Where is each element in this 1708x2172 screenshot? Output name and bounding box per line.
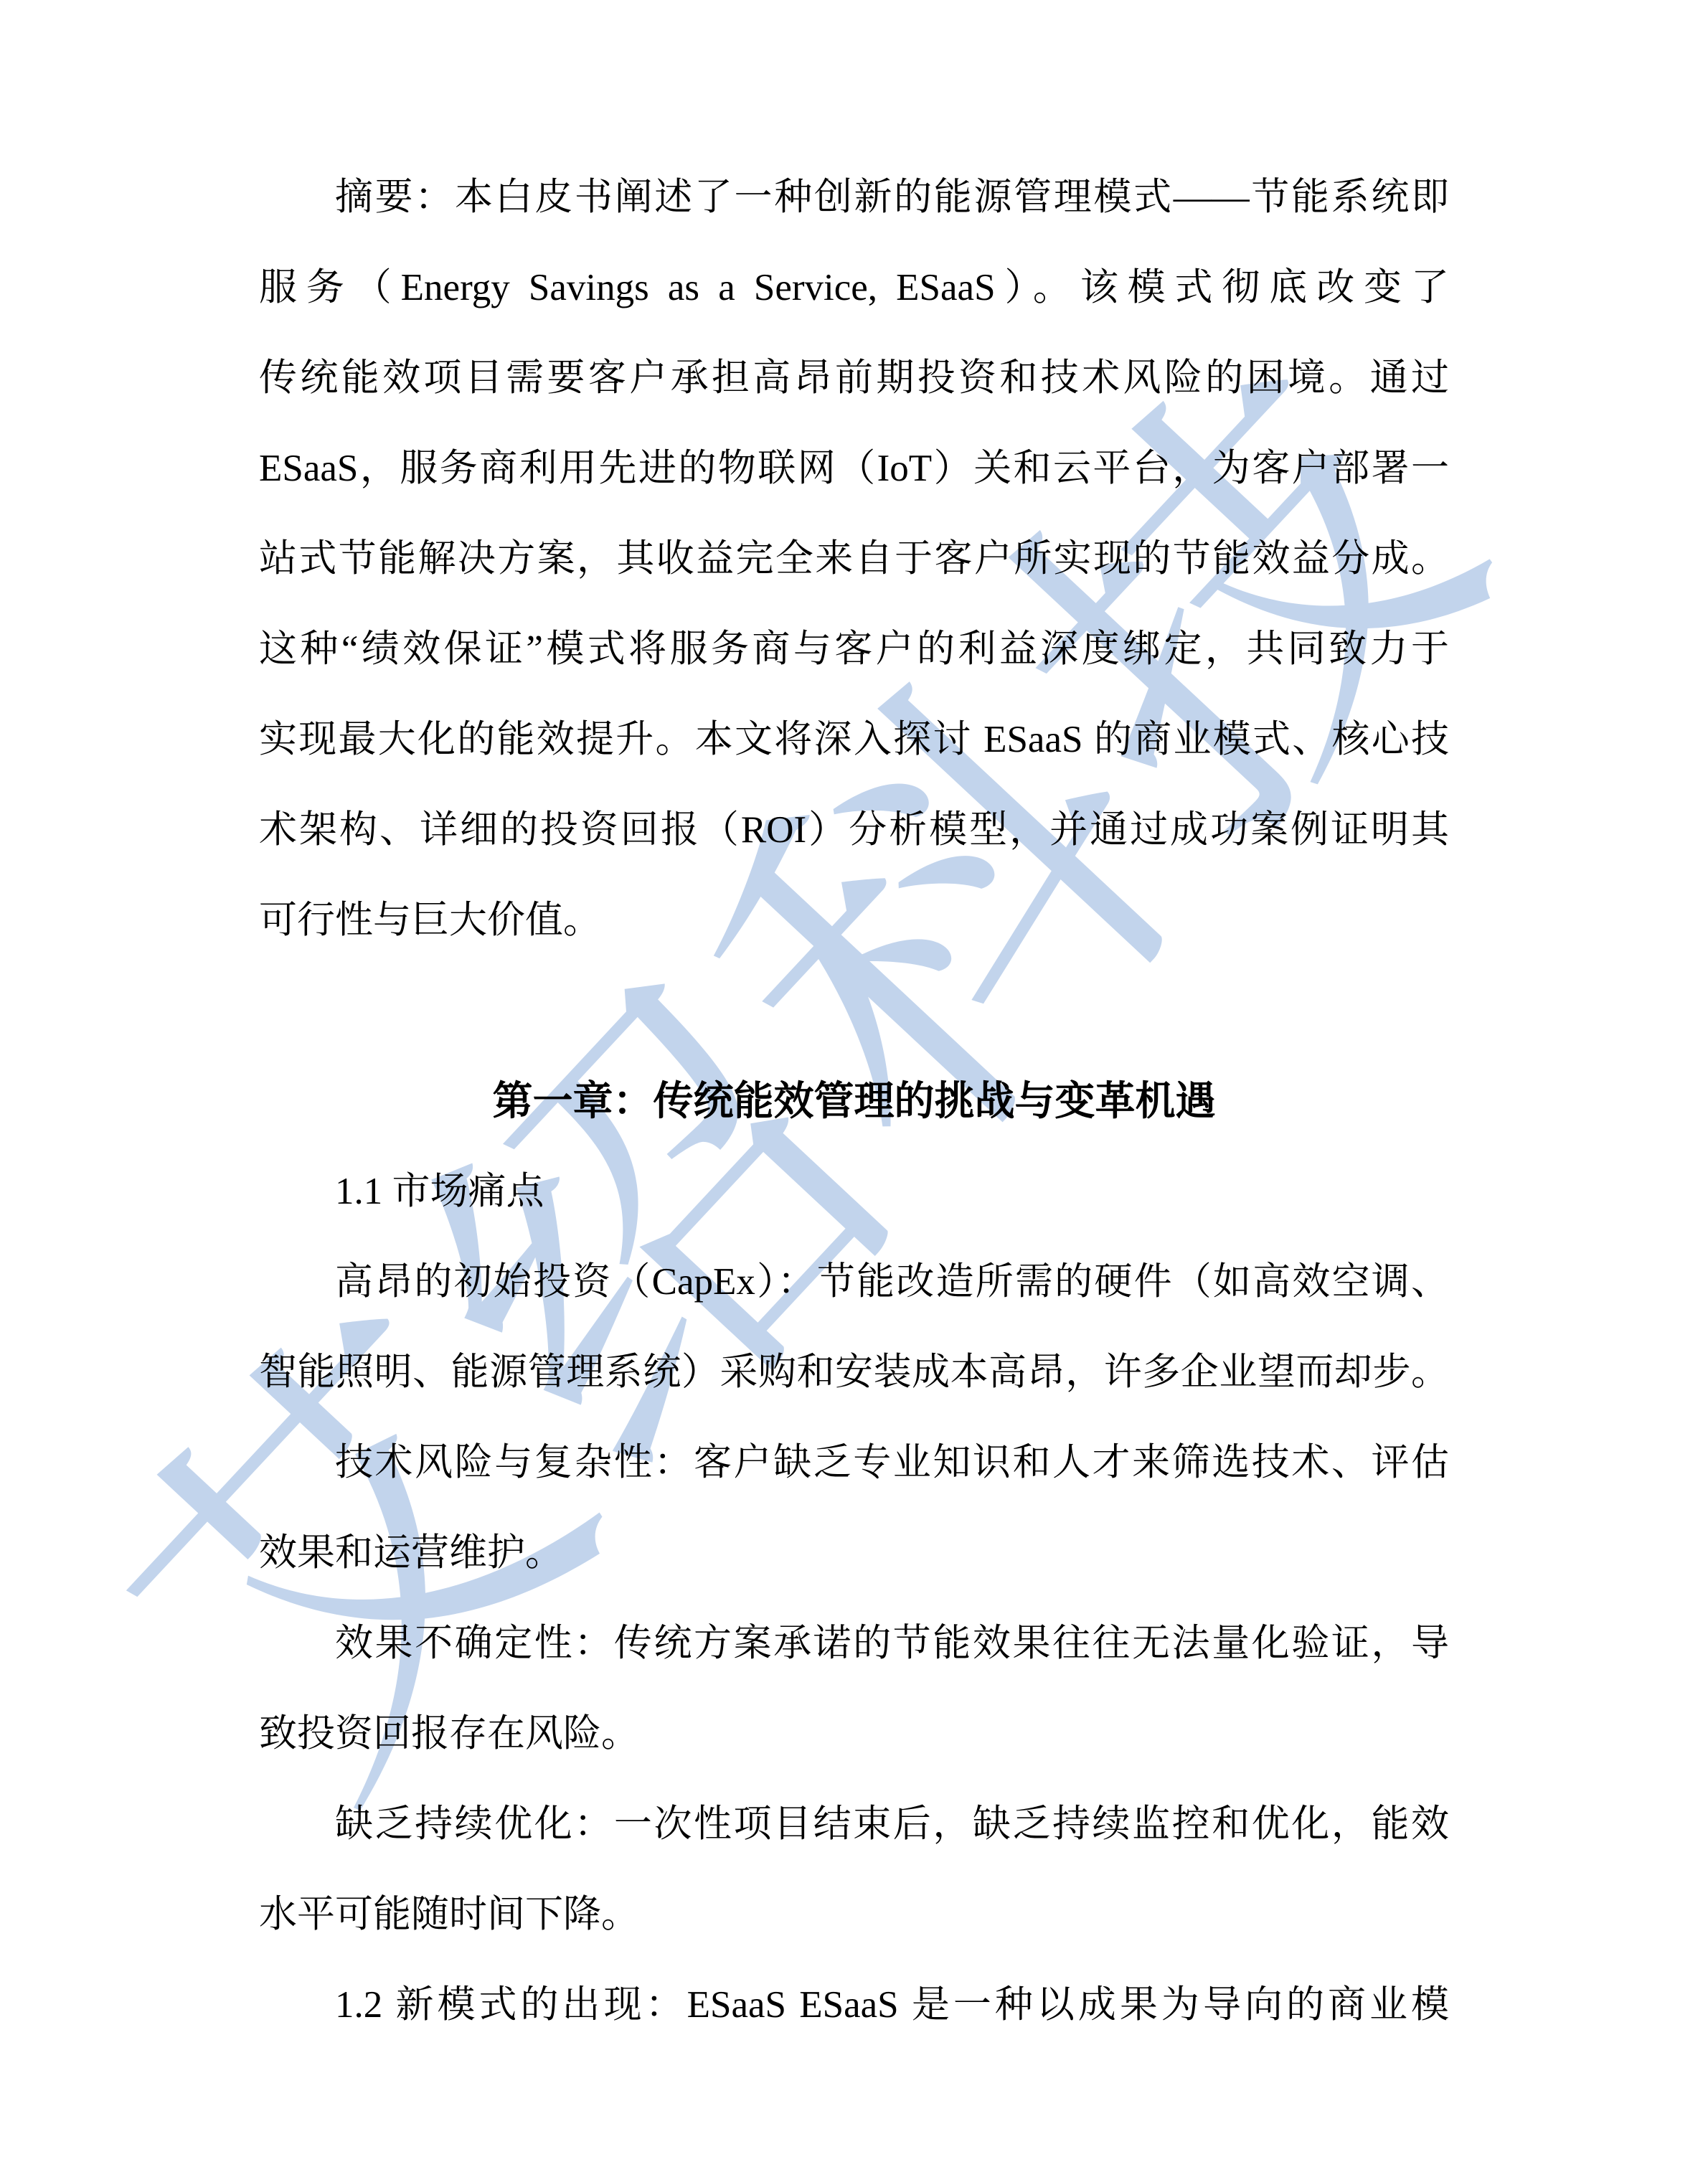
abstract-line-5: 站式节能解决方案，其收益完全来自于客户所实现的节能效益分成。 (259, 514, 1449, 604)
abstract-line-3: 传统能效项目需要客户承担高昂前期投资和技术风险的困境。通过 (259, 333, 1449, 423)
section-1-1-title: 1.1 市场痛点 (259, 1146, 1449, 1237)
abstract-line-2: 服务（Energy Savings as a Service, ESaaS）。该… (259, 242, 1449, 333)
para-uncertainty-line-1: 效果不确定性：传统方案承诺的节能效果往往无法量化验证，导 (259, 1598, 1449, 1689)
para-optimization-line-2: 水平可能随时间下降。 (259, 1869, 1449, 1960)
abstract-line-6: 这种“绩效保证”模式将服务商与客户的利益深度绑定，共同致力于 (259, 604, 1449, 694)
para-tech-risk-line-1: 技术风险与复杂性：客户缺乏专业知识和人才来筛选技术、评估 (259, 1417, 1449, 1508)
abstract-line-4: ESaaS，服务商利用先进的物联网（IoT）关和云平台，为客户部署一 (259, 423, 1449, 514)
abstract-line-1: 摘要：本白皮书阐述了一种创新的能源管理模式——节能系统即 (259, 152, 1449, 242)
abstract-line-9: 可行性与巨大价值。 (259, 875, 1449, 965)
abstract-line-7: 实现最大化的能效提升。本文将深入探讨 ESaaS 的商业模式、核心技 (259, 694, 1449, 785)
document-content: 摘要：本白皮书阐述了一种创新的能源管理模式——节能系统即 服务（Energy S… (259, 152, 1449, 2050)
abstract-line-8: 术架构、详细的投资回报（ROI）分析模型，并通过成功案例证明其 (259, 785, 1449, 875)
chapter-1-heading: 第一章：传统能效管理的挑战与变革机遇 (259, 1056, 1449, 1146)
para-capex-line-1: 高昂的初始投资（CapEx）：节能改造所需的硬件（如高效空调、 (259, 1237, 1449, 1327)
para-optimization-line-1: 缺乏持续优化：一次性项目结束后，缺乏持续监控和优化，能效 (259, 1779, 1449, 1869)
para-uncertainty-line-2: 致投资回报存在风险。 (259, 1689, 1449, 1779)
para-capex-line-2: 智能照明、能源管理系统）采购和安装成本高昂，许多企业望而却步。 (259, 1327, 1449, 1417)
para-tech-risk-line-2: 效果和运营维护。 (259, 1508, 1449, 1598)
document-page: 艾绍科技 摘要：本白皮书阐述了一种创新的能源管理模式——节能系统即 服务（Ene… (0, 0, 1708, 2172)
section-1-2-line: 1.2 新模式的出现：ESaaS ESaaS 是一种以成果为导向的商业模 (259, 1960, 1449, 2050)
